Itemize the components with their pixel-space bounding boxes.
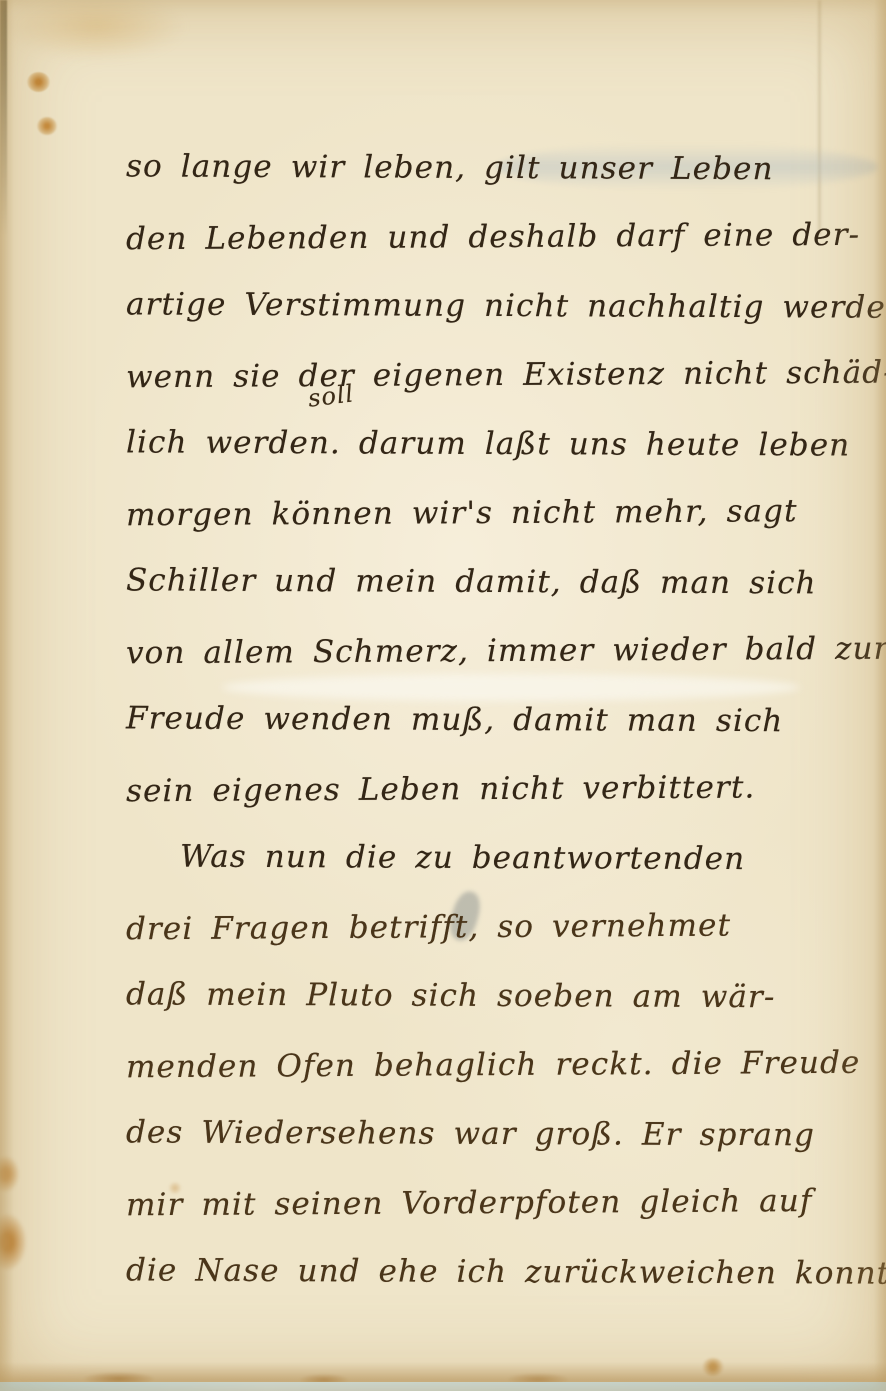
handwritten-line: mir mit seinen Vorderpfoten gleich auf	[126, 1167, 878, 1241]
stain-dot	[702, 1358, 724, 1376]
bottom-edge-discoloration	[0, 1362, 886, 1384]
handwritten-line: des Wiedersehens war groß. Er sprang	[126, 1098, 878, 1170]
stain-left-edge	[0, 1156, 19, 1192]
handwritten-line: die Nase und ehe ich zurückweichen konnt…	[126, 1236, 878, 1308]
letter-body: soll so lange wir leben, gilt unser Lebe…	[126, 134, 878, 1334]
left-edge-shading	[0, 0, 14, 1391]
handwritten-line: Schiller und mein damit, daß man sich	[126, 546, 878, 618]
handwritten-line: wenn sie der eigenen Existenz nicht schä…	[126, 339, 878, 413]
handwritten-line: daß mein Pluto sich soeben am wär-	[126, 960, 878, 1032]
torn-left-edge	[0, 0, 7, 250]
handwritten-line: sein eigenes Leben nicht verbittert.	[126, 753, 878, 827]
handwritten-line: Freude wenden muß, damit man sich	[126, 684, 878, 756]
letter-paper: soll so lange wir leben, gilt unser Lebe…	[0, 0, 886, 1391]
handwritten-line: lich werden. darum laßt uns heute leben	[126, 408, 878, 480]
handwritten-line: so lange wir leben, gilt unser Leben	[126, 132, 878, 204]
stain-dot	[27, 72, 50, 92]
stain-dot	[37, 117, 57, 135]
handwritten-line: menden Ofen behaglich reckt. die Freude	[126, 1029, 878, 1103]
scanner-background-strip	[0, 1382, 886, 1391]
handwritten-line: artige Verstimmung nicht nachhaltig werd…	[126, 270, 878, 342]
stain-left-edge	[0, 1214, 26, 1270]
handwritten-line: Was nun die zu beantwortenden	[126, 822, 878, 894]
handwritten-line: von allem Schmerz, immer wieder bald zur	[126, 615, 878, 689]
handwritten-line: morgen können wir's nicht mehr, sagt	[126, 477, 878, 551]
stain-top-left-wash	[0, 0, 216, 72]
handwritten-line: drei Fragen betrifft, so vernehmet	[126, 891, 878, 965]
handwritten-line: den Lebenden und deshalb darf eine der-	[126, 201, 878, 275]
